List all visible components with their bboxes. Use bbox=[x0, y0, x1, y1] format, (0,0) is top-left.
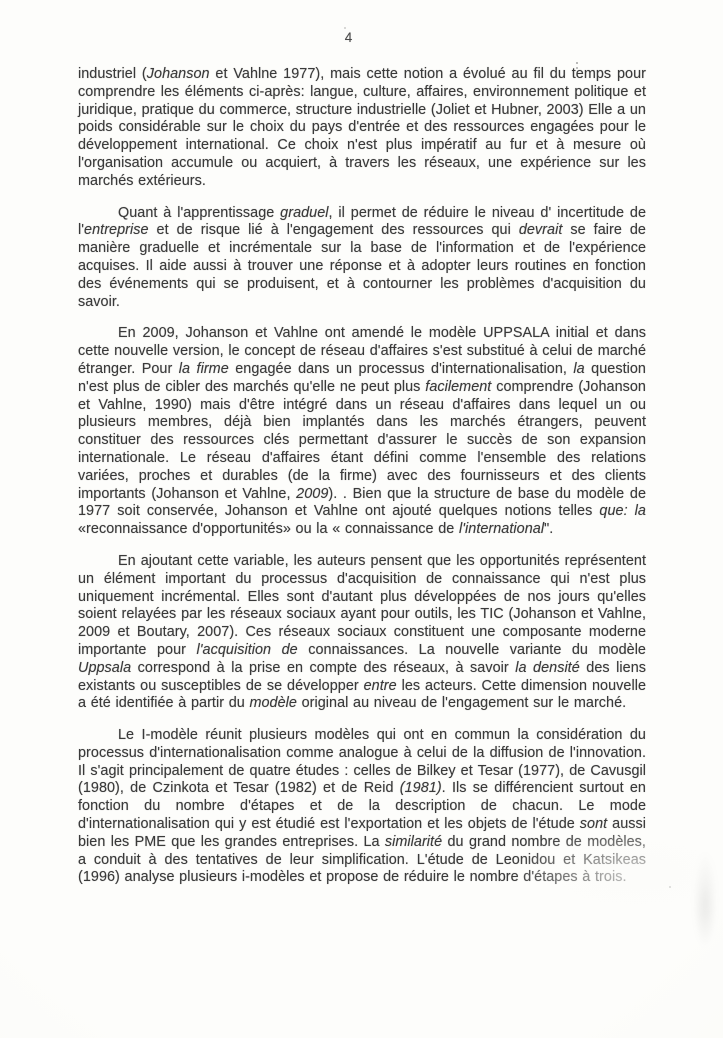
document-page: 4 industriel (Johanson et Vahlne 1977), … bbox=[0, 0, 723, 1038]
text-run: correspond à la prise en compte des rése… bbox=[131, 660, 515, 676]
text-run: la bbox=[573, 361, 584, 377]
scan-speck-icon bbox=[344, 27, 346, 29]
page-content: industriel (Johanson et Vahlne 1977), ma… bbox=[78, 66, 646, 901]
paragraph-industriel: industriel (Johanson et Vahlne 1977), ma… bbox=[78, 66, 646, 191]
text-run: entreprise bbox=[84, 222, 149, 238]
scan-speck-icon bbox=[576, 62, 578, 64]
text-run: que: la bbox=[599, 503, 646, 519]
text-run: «reconnaissance d'opportunités» ou la « … bbox=[78, 521, 459, 537]
text-run: la densité bbox=[515, 660, 580, 676]
text-run: Johanson bbox=[147, 66, 210, 82]
text-run: Uppsala bbox=[78, 660, 131, 676]
text-run: modèle bbox=[249, 695, 297, 711]
text-run: comprendre (Johanson et Vahlne, 1990) ma… bbox=[78, 379, 646, 502]
text-run: engagée dans un processus d'internationa… bbox=[229, 361, 574, 377]
scan-speck-icon bbox=[669, 886, 671, 888]
text-run: graduel bbox=[280, 205, 328, 221]
paragraph-uppsala-2009: En 2009, Johanson et Vahlne ont amendé l… bbox=[78, 325, 646, 539]
text-run: sont bbox=[580, 816, 607, 832]
text-run: entre bbox=[364, 678, 397, 694]
paragraph-apprentissage-graduel: Quant à l'apprentissage graduel, il perm… bbox=[78, 205, 646, 312]
page-number: 4 bbox=[0, 30, 697, 45]
text-run: (1981) bbox=[400, 780, 442, 796]
text-run: et Vahlne 1977), mais cette notion a évo… bbox=[78, 66, 646, 189]
text-run: et de risque lié à l'engagement des ress… bbox=[149, 222, 519, 238]
text-run: l'acquisition de bbox=[197, 642, 298, 658]
text-run: facilement bbox=[425, 379, 491, 395]
text-run: ". bbox=[544, 521, 553, 537]
text-run: similarité bbox=[385, 834, 442, 850]
paragraph-i-modele: Le I-modèle réunit plusieurs modèles qui… bbox=[78, 727, 646, 887]
text-run: devrait bbox=[519, 222, 563, 238]
scan-smudge bbox=[693, 852, 717, 948]
text-run: Quant à l'apprentissage bbox=[118, 205, 280, 221]
text-run: 2009 bbox=[296, 486, 328, 502]
text-run: original au niveau de l'engagement sur l… bbox=[297, 695, 626, 711]
text-run: connaissances. La nouvelle variante du m… bbox=[298, 642, 646, 658]
text-run: la firme bbox=[179, 361, 229, 377]
paragraph-reseaux-sociaux: En ajoutant cette variable, les auteurs … bbox=[78, 553, 646, 713]
text-run: industriel ( bbox=[78, 66, 147, 82]
text-run: l'international bbox=[459, 521, 544, 537]
